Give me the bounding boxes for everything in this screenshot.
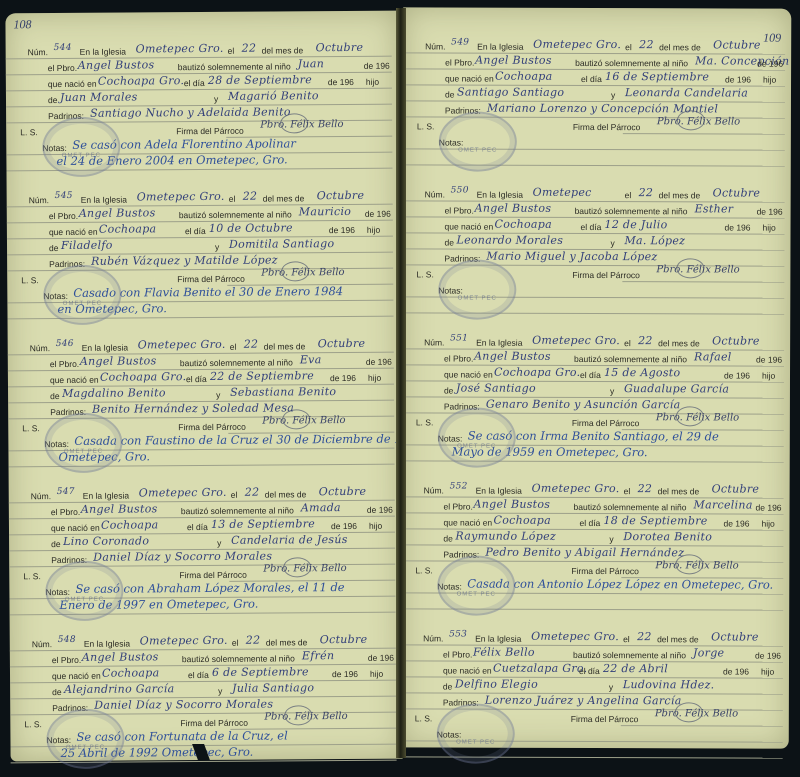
right-page: 109 Núm. 549 En la Iglesia Ometepec Gro.… bbox=[401, 7, 792, 748]
born-year-label: de 196 bbox=[723, 666, 749, 676]
day-label: el bbox=[230, 342, 237, 352]
day-label: el bbox=[623, 634, 630, 644]
church-value: Ometepec Gro. bbox=[140, 634, 228, 648]
born-year-label: de 196 bbox=[724, 370, 750, 380]
of-label: de bbox=[443, 681, 453, 691]
father-name: Juan Morales bbox=[60, 90, 138, 104]
seal-label: L. S. bbox=[20, 127, 38, 137]
priest-label: el Pbro. bbox=[49, 211, 78, 221]
of-label: de bbox=[51, 539, 61, 549]
priest-value: Angel Bustos bbox=[81, 502, 158, 516]
and-label: y bbox=[610, 386, 614, 396]
year-label: de 196 bbox=[756, 355, 782, 365]
day-label: el bbox=[228, 46, 235, 56]
year-label: de 196 bbox=[757, 207, 783, 217]
priest-label: el Pbro. bbox=[445, 57, 474, 67]
born-date-value: 12 de Julio bbox=[605, 218, 668, 231]
day-value: 22 bbox=[242, 42, 257, 55]
baptism-entry: Núm. 546 En la Iglesia Ometepec Gro. el … bbox=[8, 325, 401, 476]
num-label: Núm. bbox=[423, 633, 443, 643]
notes-line-1: Casada con Faustino de la Cruz el 30 de … bbox=[74, 431, 441, 448]
entry-number: 552 bbox=[450, 481, 468, 491]
month-label: del mes de bbox=[658, 338, 700, 348]
and-label: y bbox=[215, 242, 219, 252]
godparents-value: Rubén Vázquez y Matilde López bbox=[91, 253, 278, 267]
year-label: de 196 bbox=[755, 651, 781, 661]
priest-signature: Pbro. Félix Bello bbox=[264, 711, 347, 723]
num-label: Núm. bbox=[425, 189, 445, 199]
num-label: Núm. bbox=[32, 639, 52, 649]
priest-value: Angel Bustos bbox=[80, 354, 157, 368]
mother-name: Ludovina Hdez. bbox=[623, 678, 715, 691]
seal-text: OMET PEC bbox=[440, 443, 514, 449]
day-value: 22 bbox=[638, 482, 653, 495]
day-value: 22 bbox=[243, 190, 258, 203]
father-name: Filadelfo bbox=[61, 239, 113, 252]
born-year-label: de 196 bbox=[329, 225, 355, 235]
month-label: del mes de bbox=[657, 634, 699, 644]
born-year-label: de 196 bbox=[332, 669, 358, 679]
father-name: José Santiago bbox=[456, 382, 536, 395]
priest-signature: Pbro. Félix Bello bbox=[657, 116, 740, 127]
month-label: del mes de bbox=[659, 190, 701, 200]
church-value: Ometepec Gro. bbox=[137, 190, 225, 204]
child-of-label: hijo bbox=[369, 521, 382, 531]
father-name: Delfino Elegio bbox=[455, 678, 538, 691]
of-label: de bbox=[52, 687, 62, 697]
day-label: el bbox=[229, 194, 236, 204]
seal-label: L. S. bbox=[415, 713, 433, 723]
month-label: del mes de bbox=[658, 486, 700, 496]
and-label: y bbox=[609, 682, 613, 692]
baptized-label: bautizó solemnemente al niño bbox=[575, 58, 688, 68]
seal-label: L. S. bbox=[21, 275, 39, 285]
born-year-label: de 196 bbox=[331, 521, 357, 531]
month-value: Octubre bbox=[319, 485, 367, 498]
mother-name: Ma. López bbox=[624, 234, 685, 247]
entry-number: 549 bbox=[451, 37, 469, 47]
parish-seal-stamp: OMET PEC bbox=[43, 265, 121, 326]
and-label: y bbox=[611, 90, 615, 100]
priest-label: el Pbro. bbox=[444, 501, 473, 511]
priest-signature: Pbro. Félix Bello bbox=[261, 267, 344, 279]
day-label: el bbox=[624, 338, 631, 348]
father-name: Lino Coronado bbox=[63, 534, 149, 548]
entry-number: 544 bbox=[54, 43, 72, 53]
father-name: Santiago Santiago bbox=[457, 86, 564, 99]
of-label: de bbox=[48, 95, 58, 105]
church-label: En la Iglesia bbox=[477, 42, 523, 52]
child-of-label: hijo bbox=[366, 77, 379, 87]
born-day-label: el día bbox=[580, 370, 601, 380]
born-in-label: que nació en bbox=[443, 665, 492, 675]
born-in-value: Cochoapa bbox=[495, 70, 553, 83]
priest-signature: Pbro. Félix Bello bbox=[260, 119, 343, 131]
num-label: Núm. bbox=[30, 343, 50, 353]
signature-label: Firma del Párroco bbox=[176, 126, 244, 136]
signature-label: Firma del Párroco bbox=[179, 570, 247, 580]
born-year-label: de 196 bbox=[328, 77, 354, 87]
born-in-value: Cochoapa bbox=[102, 666, 160, 679]
seal-label: L. S. bbox=[24, 719, 42, 729]
priest-signature: Pbro. Félix Bello bbox=[656, 264, 739, 275]
year-label: de 196 bbox=[364, 61, 390, 71]
born-date-value: 10 de Octubre bbox=[209, 221, 293, 235]
born-year-label: de 196 bbox=[725, 222, 751, 232]
baptized-label: bautizó solemnemente al niño bbox=[574, 502, 687, 512]
day-value: 22 bbox=[638, 334, 653, 347]
godparents-value: Daniel Díaz y Socorro Morales bbox=[94, 698, 273, 712]
parish-seal-stamp: OMET PEC bbox=[437, 703, 515, 763]
priest-value: Angel Bustos bbox=[78, 58, 155, 72]
priest-value: Angel Bustos bbox=[475, 202, 552, 215]
child-name: Amada bbox=[301, 501, 341, 514]
child-of-label: hijo bbox=[368, 373, 381, 383]
year-label: de 196 bbox=[365, 209, 391, 219]
month-value: Octubre bbox=[317, 189, 365, 202]
mother-name: Sebastiana Benito bbox=[230, 385, 336, 399]
born-in-label: que nació en bbox=[52, 671, 101, 681]
baptized-label: bautizó solemnemente al niño bbox=[178, 61, 291, 72]
day-value: 22 bbox=[245, 486, 260, 499]
baptism-entry: Núm. 545 En la Iglesia Ometepec Gro. el … bbox=[7, 177, 400, 328]
baptism-entry: Núm. 553 En la Iglesia Ometepec Gro. el … bbox=[401, 617, 790, 766]
born-day-label: el día bbox=[581, 222, 602, 232]
num-label: Núm. bbox=[28, 47, 48, 57]
month-value: Octubre bbox=[711, 630, 759, 643]
mother-name: Guadalupe García bbox=[624, 382, 729, 395]
born-in-value: Cochoapa Gro. bbox=[494, 366, 580, 379]
mother-name: Dorotea Benito bbox=[623, 530, 712, 543]
year-label: de 196 bbox=[368, 653, 394, 663]
father-name: Raymundo López bbox=[455, 530, 556, 543]
month-label: del mes de bbox=[263, 193, 305, 203]
day-label: el bbox=[231, 490, 238, 500]
entry-number: 548 bbox=[58, 635, 76, 645]
born-day-label: el día bbox=[188, 670, 209, 680]
child-of-label: hijo bbox=[763, 223, 776, 233]
num-label: Núm. bbox=[424, 485, 444, 495]
church-label: En la Iglesia bbox=[82, 343, 128, 353]
priest-signature: Pbro. Félix Bello bbox=[262, 415, 345, 427]
church-label: En la Iglesia bbox=[81, 195, 127, 205]
born-in-label: que nació en bbox=[445, 73, 494, 83]
born-in-label: que nació en bbox=[445, 221, 494, 231]
church-label: En la Iglesia bbox=[476, 486, 522, 496]
church-label: En la Iglesia bbox=[84, 639, 130, 649]
priest-value: Angel Bustos bbox=[475, 54, 552, 67]
born-date-value: 18 de Septiembre bbox=[603, 514, 707, 527]
year-label: de 196 bbox=[757, 59, 783, 69]
mother-name: Leonarda Candelaria bbox=[625, 86, 748, 99]
seal-text: OMET PEC bbox=[49, 745, 123, 752]
born-in-value: Cochoapa bbox=[101, 518, 159, 531]
row-priest: el Pbro. Angel Bustos bautizó solemnemen… bbox=[403, 55, 791, 72]
child-of-label: hijo bbox=[761, 667, 774, 677]
godparents-value: Genaro Benito y Asunción García bbox=[486, 398, 681, 412]
parish-seal-stamp: OMET PEC bbox=[45, 561, 123, 622]
signature-label: Firma del Párroco bbox=[177, 274, 245, 284]
mother-name: Magarió Benito bbox=[228, 89, 319, 103]
born-day-label: el día bbox=[186, 374, 207, 384]
child-of-label: hijo bbox=[370, 669, 383, 679]
day-value: 22 bbox=[639, 38, 654, 51]
day-value: 22 bbox=[244, 338, 259, 351]
row-church: Núm. 553 En la Iglesia Ometepec Gro. el … bbox=[401, 631, 789, 648]
of-label: de bbox=[444, 385, 454, 395]
signature-label: Firma del Párroco bbox=[572, 418, 640, 428]
num-label: Núm. bbox=[31, 491, 51, 501]
month-value: Octubre bbox=[316, 41, 364, 54]
signature-label: Firma del Párroco bbox=[573, 122, 641, 132]
child-name: Jorge bbox=[693, 646, 724, 659]
priest-label: el Pbro. bbox=[443, 649, 472, 659]
priest-value: Angel Bustos bbox=[79, 206, 156, 220]
church-value: Ometepec Gro. bbox=[139, 486, 227, 500]
priest-signature: Pbro. Félix Bello bbox=[655, 560, 738, 571]
seal-label: L. S. bbox=[416, 417, 434, 427]
row-priest: el Pbro. Angel Bustos bautizó solemnemen… bbox=[402, 499, 790, 516]
child-of-label: hijo bbox=[762, 371, 775, 381]
of-label: de bbox=[445, 89, 455, 99]
seal-text: OMET PEC bbox=[46, 449, 120, 456]
church-value: Ometepec Gro. bbox=[532, 334, 620, 347]
born-date-value: 6 de Septiembre bbox=[212, 665, 309, 679]
entry-number: 547 bbox=[57, 487, 75, 497]
and-label: y bbox=[216, 390, 220, 400]
baptized-label: bautizó solemnemente al niño bbox=[182, 653, 295, 664]
born-date-value: 28 de Septiembre bbox=[208, 73, 312, 87]
baptism-entry: Núm. 544 En la Iglesia Ometepec Gro. el … bbox=[6, 29, 399, 180]
parish-seal-stamp: OMET PEC bbox=[438, 407, 516, 467]
born-date-value: 16 de Septiembre bbox=[605, 70, 709, 83]
month-label: del mes de bbox=[266, 637, 308, 647]
born-in-value: Cochoapa bbox=[493, 514, 551, 527]
priest-label: el Pbro. bbox=[51, 507, 80, 517]
signature-label: Firma del Párroco bbox=[571, 566, 639, 576]
parish-seal-stamp: OMET PEC bbox=[42, 117, 120, 178]
priest-signature: Pbro. Félix Bello bbox=[655, 708, 738, 719]
child-name: Marcelina bbox=[694, 498, 753, 511]
signature-label: Firma del Párroco bbox=[572, 270, 640, 280]
priest-label: el Pbro. bbox=[444, 353, 473, 363]
of-label: de bbox=[49, 243, 59, 253]
priest-value: Angel Bustos bbox=[474, 350, 551, 363]
born-in-label: que nació en bbox=[444, 369, 493, 379]
born-date-value: 15 de Agosto bbox=[604, 366, 680, 379]
month-value: Octubre bbox=[713, 186, 761, 199]
book-gutter bbox=[396, 8, 406, 758]
baptized-label: bautizó solemnemente al niño bbox=[181, 505, 294, 516]
seal-label: L. S. bbox=[417, 121, 435, 131]
born-in-value: Cochoapa bbox=[99, 222, 157, 235]
godparents-value: Pedro Benito y Abigail Hernández bbox=[485, 546, 684, 560]
priest-label: el Pbro. bbox=[50, 359, 79, 369]
church-value: Ometepec Gro. bbox=[138, 338, 226, 352]
parish-seal-stamp: OMET PEC bbox=[46, 709, 124, 770]
child-name: Eva bbox=[300, 353, 322, 366]
born-in-label: que nació en bbox=[51, 523, 100, 533]
seal-label: L. S. bbox=[415, 565, 433, 575]
day-label: el bbox=[625, 42, 632, 52]
child-of-label: hijo bbox=[367, 225, 380, 235]
seal-text: OMET PEC bbox=[439, 739, 513, 745]
godparents-value: Benito Hernández y Soledad Mesa bbox=[92, 401, 294, 415]
born-date-value: 22 de Abril bbox=[603, 662, 668, 675]
priest-signature: Pbro. Félix Bello bbox=[263, 563, 346, 575]
priest-label: el Pbro. bbox=[52, 655, 81, 665]
entry-number: 545 bbox=[55, 191, 73, 201]
month-value: Octubre bbox=[712, 334, 760, 347]
born-year-label: de 196 bbox=[723, 518, 749, 528]
month-label: del mes de bbox=[659, 42, 701, 52]
born-in-label: que nació en bbox=[443, 517, 492, 527]
baptized-label: bautizó solemnemente al niño bbox=[180, 357, 293, 368]
baptized-label: bautizó solemnemente al niño bbox=[179, 209, 292, 220]
born-in-value: Cochoapa Gro. bbox=[100, 370, 187, 384]
born-date-value: 22 de Septiembre bbox=[210, 369, 314, 383]
left-page: 108 Núm. 544 En la Iglesia Ometepec Gro.… bbox=[5, 11, 402, 762]
month-value: Octubre bbox=[713, 38, 761, 51]
baptized-label: bautizó solemnemente al niño bbox=[573, 650, 686, 660]
born-in-label: que nació en bbox=[49, 227, 98, 237]
entry-number: 546 bbox=[56, 339, 74, 349]
father-name: Magdalino Benito bbox=[62, 386, 166, 400]
child-name: Mauricio bbox=[299, 205, 351, 218]
born-in-label: que nació en bbox=[48, 79, 97, 89]
row-priest: el Pbro. Angel Bustos bautizó solemnemen… bbox=[403, 203, 791, 220]
parish-seal-stamp: OMET PEC bbox=[44, 413, 122, 474]
month-value: Octubre bbox=[712, 482, 760, 495]
born-in-label: que nació en bbox=[50, 375, 99, 385]
child-name: Juan bbox=[298, 57, 324, 70]
born-in-value: Cuetzalapa Gro. bbox=[493, 662, 587, 675]
month-label: del mes de bbox=[264, 341, 306, 351]
father-name: Alejandrino García bbox=[64, 682, 174, 696]
num-label: Núm. bbox=[425, 41, 445, 51]
church-value: Ometepec Gro. bbox=[533, 38, 621, 51]
parish-seal-stamp: OMET PEC bbox=[438, 259, 516, 319]
signature-label: Firma del Párroco bbox=[180, 718, 248, 728]
month-label: del mes de bbox=[262, 45, 304, 55]
and-label: y bbox=[214, 94, 218, 104]
baptism-entry: Núm. 551 En la Iglesia Ometepec Gro. el … bbox=[402, 321, 791, 470]
child-name: Efrén bbox=[302, 649, 335, 662]
born-day-label: el día bbox=[581, 74, 602, 84]
priest-label: el Pbro. bbox=[445, 205, 474, 215]
month-value: Octubre bbox=[320, 633, 368, 646]
child-name: Rafael bbox=[694, 350, 732, 363]
of-label: de bbox=[50, 391, 60, 401]
page-number: 108 bbox=[13, 17, 31, 32]
year-label: de 196 bbox=[756, 503, 782, 513]
church-label: En la Iglesia bbox=[475, 634, 521, 644]
child-of-label: hijo bbox=[761, 519, 774, 529]
entry-number: 550 bbox=[451, 185, 469, 195]
godparents-value: Daniel Díaz y Socorro Morales bbox=[93, 550, 272, 564]
church-label: En la Iglesia bbox=[476, 338, 522, 348]
church-value: Ometepec Gro. bbox=[532, 482, 620, 495]
entry-number: 551 bbox=[450, 333, 468, 343]
baptized-label: bautizó solemnemente al niño bbox=[575, 206, 688, 216]
baptism-entry: Núm. 552 En la Iglesia Ometepec Gro. el … bbox=[401, 469, 790, 618]
church-label: En la Iglesia bbox=[83, 491, 129, 501]
month-label: del mes de bbox=[265, 489, 307, 499]
church-label: En la Iglesia bbox=[80, 47, 126, 57]
day-label: el bbox=[624, 486, 631, 496]
priest-value: Félix Bello bbox=[473, 646, 535, 659]
born-in-value: Cochoapa bbox=[495, 218, 553, 231]
child-of-label: hijo bbox=[763, 75, 776, 85]
priest-label: el Pbro. bbox=[48, 63, 77, 73]
baptism-entry: Núm. 550 En la Iglesia Ometepec el 22 de… bbox=[402, 173, 791, 322]
church-value: Ometepec Gro. bbox=[136, 42, 224, 56]
godparents-value: Santiago Nucho y Adelaida Benito bbox=[90, 105, 291, 119]
priest-value: Angel Bustos bbox=[82, 650, 159, 664]
seal-text: OMET PEC bbox=[44, 153, 118, 160]
year-label: de 196 bbox=[366, 357, 392, 367]
born-day-label: el día bbox=[579, 666, 600, 676]
parish-seal-stamp: OMET PEC bbox=[439, 111, 517, 171]
seal-text: OMET PEC bbox=[47, 597, 121, 604]
church-value: Ometepec Gro. bbox=[531, 630, 619, 643]
seal-label: L. S. bbox=[22, 423, 40, 433]
born-day-label: el día bbox=[579, 518, 600, 528]
and-label: y bbox=[217, 538, 221, 548]
born-day-label: el día bbox=[184, 78, 205, 88]
seal-text: OMET PEC bbox=[45, 301, 119, 308]
mother-name: Domitila Santiago bbox=[229, 237, 334, 251]
and-label: y bbox=[218, 686, 222, 696]
mother-name: Candelaria de Jesús bbox=[231, 533, 348, 547]
day-label: el bbox=[232, 638, 239, 648]
church-label: En la Iglesia bbox=[477, 190, 523, 200]
year-label: de 196 bbox=[367, 505, 393, 515]
parish-seal-stamp: OMET PEC bbox=[437, 555, 515, 615]
seal-label: L. S. bbox=[416, 269, 434, 279]
child-name: Esther bbox=[695, 202, 734, 215]
seal-text: OMET PEC bbox=[439, 591, 513, 597]
priest-value: Angel Bustos bbox=[474, 498, 551, 511]
day-value: 22 bbox=[637, 630, 652, 643]
open-register-book: 108 Núm. 544 En la Iglesia Ometepec Gro.… bbox=[0, 0, 800, 777]
godparents-value: Lorenzo Juárez y Angelina García bbox=[485, 694, 682, 708]
row-priest: el Pbro. Angel Bustos bautizó solemnemen… bbox=[402, 351, 790, 368]
priest-signature: Pbro. Félix Bello bbox=[656, 412, 739, 423]
num-label: Núm. bbox=[29, 195, 49, 205]
day-value: 22 bbox=[246, 634, 261, 647]
church-value: Ometepec bbox=[533, 186, 592, 199]
born-date-value: 13 de Septiembre bbox=[211, 517, 315, 531]
seal-text: OMET PEC bbox=[440, 295, 514, 301]
month-value: Octubre bbox=[318, 337, 366, 350]
godparents-value: Mario Miguel y Jacoba López bbox=[486, 250, 657, 264]
father-name: Leonardo Morales bbox=[456, 234, 563, 247]
seal-text: OMET PEC bbox=[441, 147, 515, 153]
mother-name: Julia Santiago bbox=[232, 681, 314, 695]
num-label: Núm. bbox=[424, 337, 444, 347]
day-label: el bbox=[625, 190, 632, 200]
of-label: de bbox=[444, 237, 454, 247]
born-in-value: Cochoapa Gro. bbox=[98, 74, 185, 88]
born-year-label: de 196 bbox=[725, 74, 751, 84]
signature-label: Firma del Párroco bbox=[178, 422, 246, 432]
born-day-label: el día bbox=[185, 226, 206, 236]
day-value: 22 bbox=[639, 186, 654, 199]
baptism-entry: Núm. 547 En la Iglesia Ometepec Gro. el … bbox=[9, 473, 402, 624]
baptism-entry: Núm. 549 En la Iglesia Ometepec Gro. el … bbox=[403, 25, 792, 174]
seal-label: L. S. bbox=[23, 571, 41, 581]
